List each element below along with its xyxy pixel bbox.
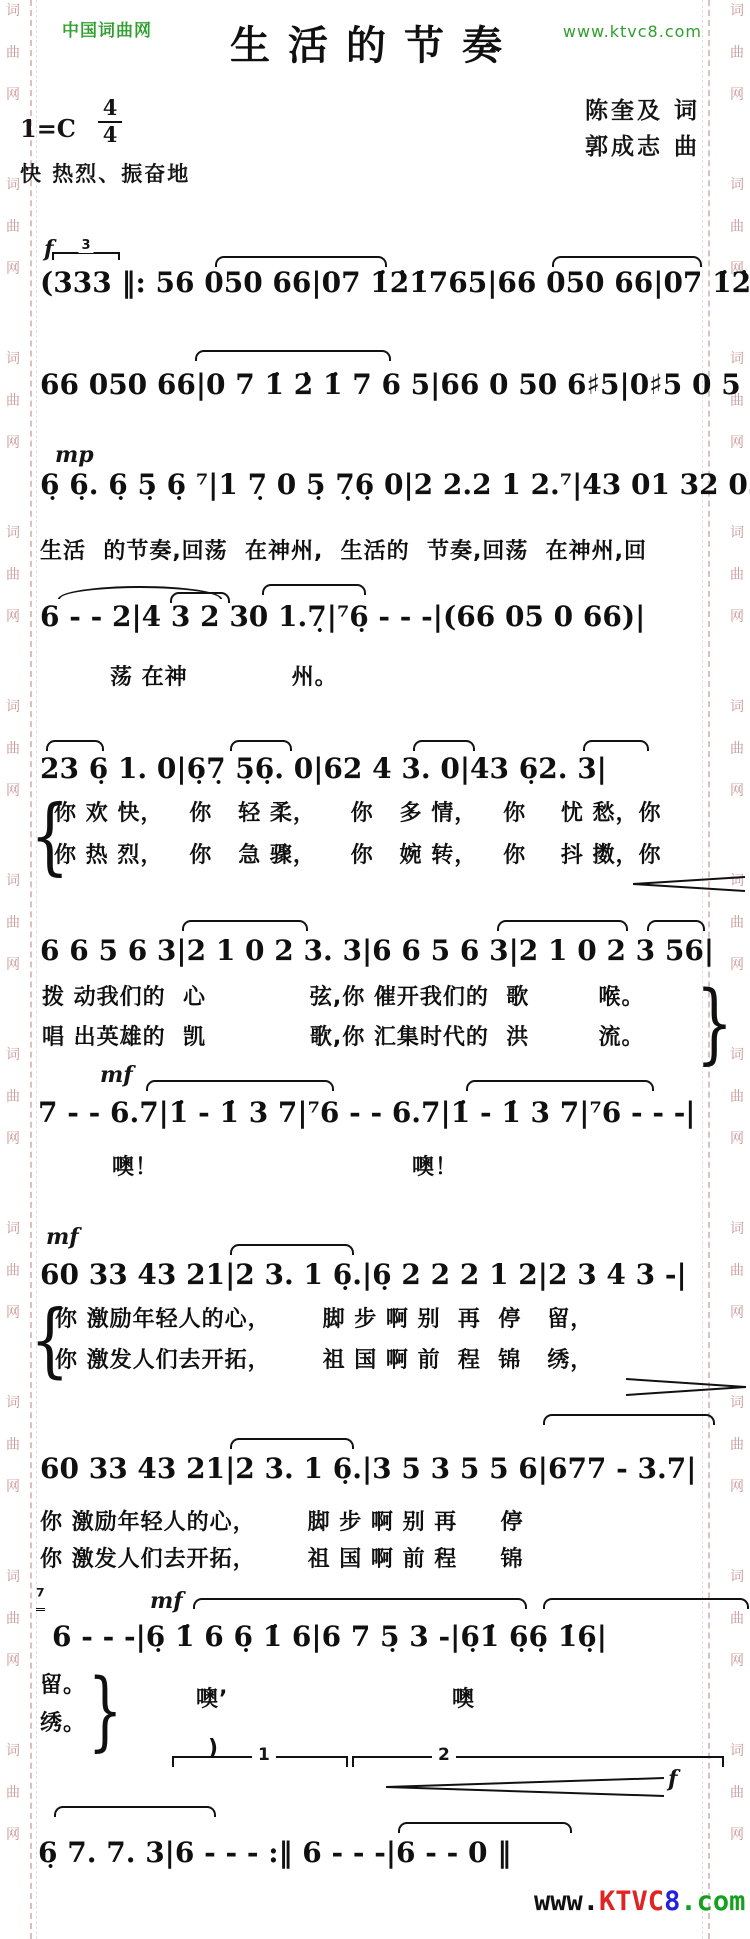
watermark-gap — [2, 1348, 24, 1396]
watermark-char: 词 — [726, 526, 748, 540]
composer-credit: 郭成志 曲 — [585, 128, 700, 161]
watermark-gap — [726, 130, 748, 178]
watermark-char: 曲 — [726, 1612, 748, 1626]
notation-line-1: (333 ‖: 56 050 66|07 1̇2̇1̇765|66 050 66… — [40, 266, 750, 299]
watermark-char: 词 — [2, 352, 24, 366]
watermark-char: 曲 — [726, 1438, 748, 1452]
notation-line-8: 60 33 43 21|2 3. 1 6̣.|6̣ 2 2 2 1 2|2 3 … — [40, 1258, 687, 1291]
lyric-line-verse-2: 你 激发人们去开拓， 祖 国 啊 前 程 锦 — [40, 1542, 524, 1573]
dynamic-marking-mf: mf — [46, 1224, 79, 1250]
watermark-char: 曲 — [2, 1090, 24, 1104]
slur-arc — [230, 1438, 354, 1449]
notation-line-10: 6 - - -|6̣ 1̇ 6 6̣ 1̇ 6|6 7 5̣ 3 -|6̣1̇ … — [52, 1620, 607, 1653]
watermark-char: 网 — [726, 1132, 748, 1146]
slur-arc — [182, 920, 308, 931]
lyric-interjection: 噢 — [452, 1682, 475, 1713]
logo-ktvc-segment: KTVC — [599, 1886, 664, 1917]
slur-arc — [230, 1244, 354, 1255]
volta-label-2: 2 — [432, 1745, 456, 1765]
watermark-char: 网 — [2, 958, 24, 972]
slur-arc — [230, 740, 292, 751]
watermark-char: 词 — [726, 1222, 748, 1236]
watermark-gap — [2, 1696, 24, 1744]
watermark-char: 曲 — [726, 1786, 748, 1800]
notation-line-5: 23 6̣ 1. 0|6̣7̣ 5̣6̣. 0|62 4 3. 0|43 6̣2… — [40, 752, 607, 785]
watermark-char: 网 — [2, 262, 24, 276]
dashed-border-left — [30, 0, 32, 1939]
lyric-line-verse-1: 你 激励年轻人的心， 脚 步 啊 别 再 停 — [40, 1505, 524, 1536]
watermark-char: 词 — [726, 1570, 748, 1584]
watermark-char: 词 — [726, 1744, 748, 1758]
watermark-gap — [726, 826, 748, 874]
watermark-gap — [2, 304, 24, 352]
lyric-line-verse-1: 你 激励年轻人的心， 脚 步 啊 别 再 停 留， — [55, 1302, 593, 1333]
watermark-char: 词 — [726, 700, 748, 714]
notation-line-3: 6̣ 6̣. 6̣ 5̣ 6̣ ⁷|1 7̣ 0 5̣ 7̣6̣ 0|2 2.2… — [40, 468, 750, 501]
watermark-char: 曲 — [2, 568, 24, 582]
slur-arc — [543, 1414, 715, 1425]
lyricist-credit: 陈奎及 词 — [585, 92, 700, 125]
watermark-char: 词 — [2, 700, 24, 714]
notation-line-9: 60 33 43 21|2 3. 1 6̣.|3 5 3 5 5 6|677 -… — [40, 1452, 696, 1485]
key-signature: 1=C — [20, 114, 76, 143]
slur-arc — [413, 740, 475, 751]
watermark-char: 词 — [2, 1396, 24, 1410]
watermark-column-left: 词曲网词曲网词曲网词曲网词曲网词曲网词曲网词曲网词曲网词曲网词曲网 — [2, 4, 24, 1918]
dynamic-marking-mf: mf — [100, 1062, 133, 1088]
watermark-char: 曲 — [2, 742, 24, 756]
slur-arc — [647, 920, 705, 931]
watermark-gap — [2, 1174, 24, 1222]
lyric-line-verse-2: 你 热 烈， 你 急 骤， 你 婉 转， 你 抖 擞，你 — [54, 838, 661, 869]
watermark-char: 网 — [726, 610, 748, 624]
lyric-carryover: 绣。 — [40, 1706, 86, 1737]
watermark-char: 曲 — [2, 1438, 24, 1452]
brace-right: } — [696, 972, 733, 1074]
logo-com-segment: .com — [680, 1886, 745, 1917]
watermark-gap — [2, 652, 24, 700]
watermark-char: 词 — [726, 352, 748, 366]
lyric-line-verse-2: 唱 出英雄的 凯 歌,你 汇集时代的 洪 流。 — [42, 1020, 645, 1051]
watermark-char: 网 — [726, 1828, 748, 1842]
watermark-gap — [2, 478, 24, 526]
notation-line-2: 66 050 66|0 7 1̇ 2̇ 1̇ 7 6 5|66 0 50 6♯5… — [40, 368, 750, 401]
watermark-char: 曲 — [2, 916, 24, 930]
watermark-gap — [726, 1696, 748, 1744]
triplet-bracket: 3 — [52, 252, 120, 260]
watermark-char: 网 — [726, 88, 748, 102]
lyric-interjection: 噢！ — [412, 1150, 458, 1181]
watermark-char: 曲 — [726, 916, 748, 930]
slur-arc — [46, 740, 104, 751]
lyric-line-verse-1: 你 欢 快， 你 轻 柔， 你 多 情， 你 忧 愁，你 — [54, 796, 661, 827]
lyric-line-verse-2: 你 激发人们去开拓， 祖 国 啊 前 程 锦 绣， — [55, 1343, 593, 1374]
watermark-char: 词 — [2, 526, 24, 540]
song-title: 生活的节奏 — [0, 14, 750, 71]
slur-arc — [543, 1598, 749, 1609]
watermark-char: 网 — [726, 784, 748, 798]
watermark-gap — [726, 304, 748, 352]
watermark-char: 网 — [2, 784, 24, 798]
watermark-char: 网 — [2, 1828, 24, 1842]
logo-www-segment: www. — [534, 1886, 599, 1917]
watermark-gap — [726, 1522, 748, 1570]
watermark-char: 网 — [2, 1306, 24, 1320]
notation-line-4: 6 - - 2|4 3 2 30 1.7̣|⁷6̣ - - -|(66 05 0… — [40, 600, 645, 633]
watermark-char: 网 — [2, 1654, 24, 1668]
slur-arc — [583, 740, 649, 751]
dynamic-marking-mp: mp — [55, 442, 94, 468]
time-signature: 4 4 — [98, 96, 122, 147]
watermark-char: 词 — [726, 178, 748, 192]
watermark-gap — [726, 1174, 748, 1222]
watermark-char: 网 — [726, 1480, 748, 1494]
slur-arc — [262, 584, 366, 595]
slur-arc — [54, 1806, 216, 1817]
watermark-gap — [2, 1870, 24, 1918]
slur-arc — [193, 1598, 527, 1609]
watermark-char: 曲 — [2, 1264, 24, 1278]
watermark-char: 曲 — [2, 394, 24, 408]
volta-label-1: 1 — [252, 1745, 276, 1765]
watermark-char: 网 — [2, 1132, 24, 1146]
watermark-char: 网 — [726, 958, 748, 972]
watermark-char: 词 — [2, 1048, 24, 1062]
watermark-gap — [2, 1522, 24, 1570]
grace-note-mark: ⁷ — [36, 1584, 45, 1611]
watermark-gap — [726, 652, 748, 700]
meter-denominator: 4 — [98, 123, 122, 147]
watermark-char: 曲 — [2, 1786, 24, 1800]
crescendo-hairpin — [633, 876, 745, 892]
notation-line-11: 6̣ 7. 7. 3|6 - - - :‖ 6 - - -|6 - - 0 ‖ — [38, 1836, 511, 1869]
lyric-line-verse-1: 拨 动我们的 心 弦,你 催开我们的 歌 喉。 — [42, 980, 645, 1011]
watermark-char: 网 — [726, 436, 748, 450]
watermark-char: 网 — [726, 1306, 748, 1320]
watermark-char: 曲 — [726, 1090, 748, 1104]
watermark-char: 曲 — [2, 1612, 24, 1626]
logo-8-segment: 8 — [664, 1886, 680, 1917]
watermark-char: 曲 — [2, 220, 24, 234]
watermark-char: 网 — [2, 436, 24, 450]
notation-line-7: 7 - - 6.7|1̇ - 1̇ 3 7|⁷6 - - 6.7|1̇ - 1̇… — [38, 1096, 696, 1129]
lyric-line: 荡 在神 州。 — [110, 660, 338, 691]
watermark-char: 曲 — [726, 568, 748, 582]
watermark-char: 词 — [2, 1222, 24, 1236]
decrescendo-hairpin — [626, 1378, 746, 1396]
watermark-char: 曲 — [726, 220, 748, 234]
watermark-gap — [2, 826, 24, 874]
watermark-char: 曲 — [726, 742, 748, 756]
tempo-marking: 快 热烈、振奋地 — [20, 158, 190, 188]
footer-site-logo: www.KTVC8.com — [534, 1886, 745, 1917]
slur-arc — [398, 1822, 572, 1833]
watermark-char: 网 — [726, 1654, 748, 1668]
crescendo-hairpin — [386, 1776, 664, 1798]
watermark-char: 词 — [726, 1396, 748, 1410]
slur-arc — [146, 1080, 334, 1091]
watermark-char: 网 — [2, 88, 24, 102]
watermark-char: 网 — [2, 1480, 24, 1494]
triplet-label: 3 — [78, 238, 93, 253]
watermark-char: 词 — [2, 874, 24, 888]
lyric-interjection: 噢！ — [112, 1150, 158, 1181]
meter-numerator: 4 — [98, 96, 122, 123]
dynamic-marking-mf: mf — [150, 1588, 183, 1614]
brace-right: } — [88, 1660, 122, 1761]
watermark-char: 曲 — [726, 1264, 748, 1278]
watermark-char: 网 — [2, 610, 24, 624]
lyric-line: 生活 的节奏,回荡 在神州, 生活的 节奏,回荡 在神州,回 — [40, 534, 647, 565]
watermark-char: 词 — [2, 1744, 24, 1758]
watermark-gap — [2, 1000, 24, 1048]
volta-bracket-1: 1 — [172, 1756, 348, 1767]
lyric-interjection: 噢’ — [196, 1682, 228, 1713]
sheet-music-page: 词曲网词曲网词曲网词曲网词曲网词曲网词曲网词曲网词曲网词曲网词曲网 词曲网词曲网… — [0, 0, 750, 1939]
dashed-border-left-inner — [36, 0, 37, 1939]
slur-arc — [195, 350, 391, 361]
dynamic-marking-forte: f — [668, 1766, 677, 1792]
lyric-carryover: 留。 — [40, 1668, 86, 1699]
slur-arc — [497, 920, 628, 931]
slur-arc — [466, 1080, 654, 1091]
notation-line-6: 6 6 5 6 3|2 1 0 2 3. 3|6 6 5 6 3|2 1 0 2… — [40, 934, 714, 967]
watermark-char: 词 — [2, 1570, 24, 1584]
